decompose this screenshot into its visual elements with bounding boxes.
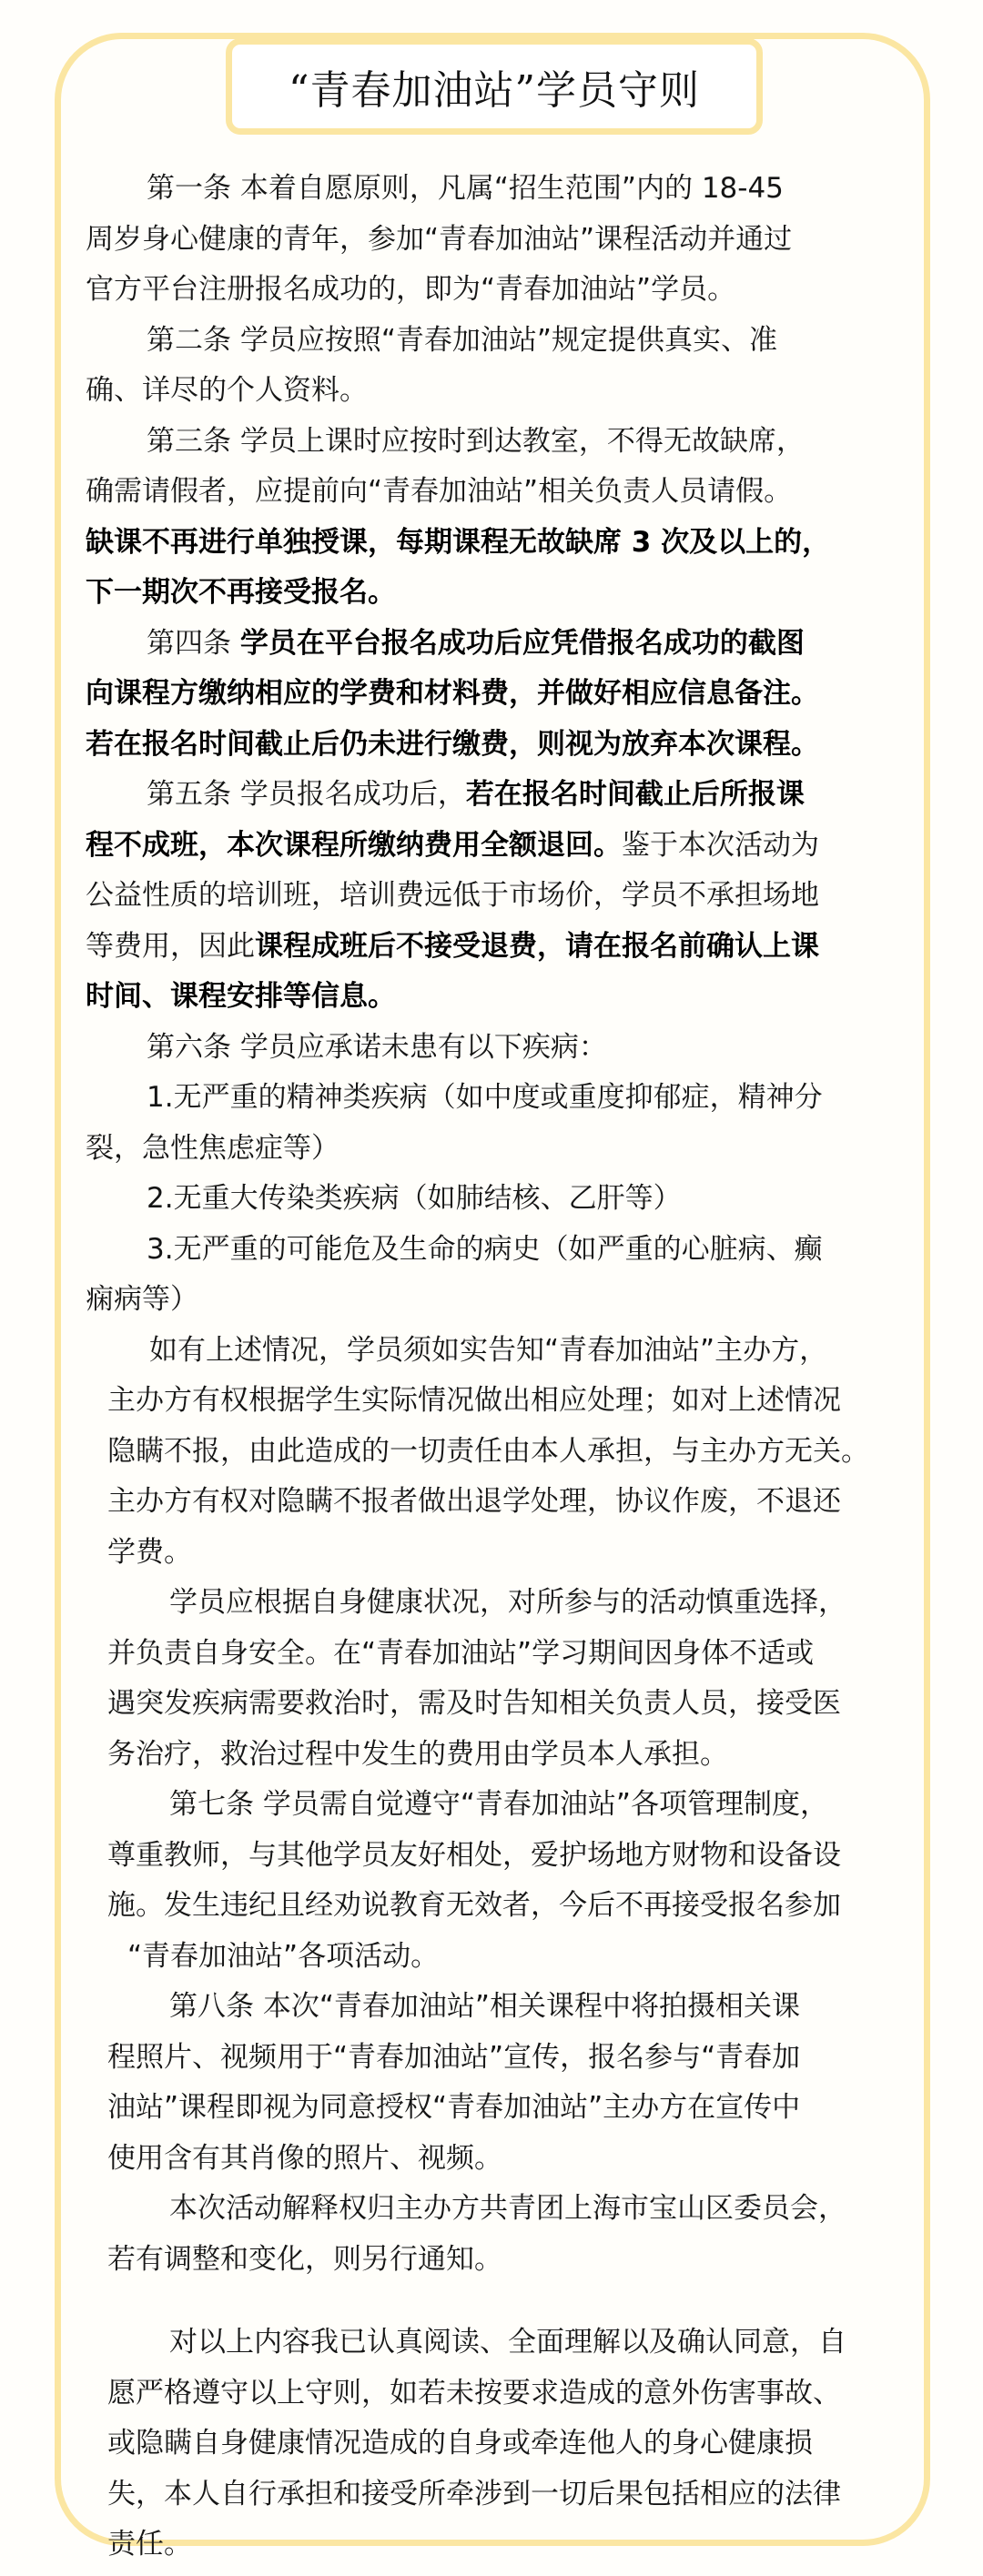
text-segment: 尊重教师，与其他学员友好相处，爱护场地方财物和设备设	[107, 1839, 841, 1872]
text-segment: 1.无严重的精神类疾病（如中度或重度抑郁症，精神分	[147, 1081, 823, 1114]
text-line: 若在报名时间截止后仍未进行缴费，则视为放弃本次课程。	[86, 719, 819, 770]
text-segment: 愿严格遵守以上守则，如若未按要求造成的意外伤害事故、	[107, 2377, 841, 2409]
text-line: 3.无严重的可能危及生命的病史（如严重的心脏病、癫	[147, 1224, 823, 1275]
text-line: 确需请假者，应提前向“青春加油站”相关负责人员请假。	[86, 466, 792, 517]
text-segment: 鉴于本次活动为	[622, 829, 819, 862]
text-line: 2.无重大传染类疾病（如肺结核、乙肝等）	[147, 1173, 682, 1224]
text-segment: 裂，急性焦虑症等）	[86, 1132, 339, 1165]
text-line: 等费用，因此课程成班后不接受退费，请在报名前确认上课	[86, 921, 819, 972]
text-segment: 本次活动解释权归主办方共青团上海市宝山区委员会，	[169, 2192, 846, 2225]
text-segment: 主办方有权根据学生实际情况做出相应处理；如对上述情况	[107, 1384, 841, 1417]
text-segment: 第四条	[147, 627, 240, 660]
text-line: 周岁身心健康的青年，参加“青春加油站”课程活动并通过	[86, 214, 792, 265]
text-line: 失，本人自行承担和接受所牵涉到一切后果包括相应的法律	[107, 2469, 841, 2520]
bold-text-segment: 学员在平台报名成功后应凭借报名成功的截图	[240, 627, 805, 660]
text-segment: 第五条 学员报名成功后，	[147, 778, 466, 811]
text-line: 务治疗，救治过程中发生的费用由学员本人承担。	[107, 1729, 728, 1780]
text-line: 1.无严重的精神类疾病（如中度或重度抑郁症，精神分	[147, 1072, 823, 1123]
text-line: 油站”课程即视为同意授权“青春加油站”主办方在宣传中	[107, 2082, 800, 2133]
text-segment: 第一条 本着自愿原则，凡属“招生范围”内的 18-45	[147, 172, 784, 205]
bold-text-segment: 若在报名时间截止后所报课	[466, 778, 805, 811]
text-line: 缺课不再进行单独授课，每期课程无故缺席 3 次及以上的，	[86, 517, 830, 568]
text-segment: 官方平台注册报名成功的，即为“青春加油站”学员。	[86, 273, 735, 306]
bold-text-segment: 时间、课程安排等信息。	[86, 980, 396, 1013]
text-segment: 确、详尽的个人资料。	[86, 374, 368, 407]
text-segment: 主办方有权对隐瞒不报者做出退学处理，协议作废，不退还	[107, 1485, 841, 1518]
text-line: 主办方有权对隐瞒不报者做出退学处理，协议作废，不退还	[107, 1476, 841, 1527]
text-line: 时间、课程安排等信息。	[86, 971, 396, 1022]
text-segment: 失，本人自行承担和接受所牵涉到一切后果包括相应的法律	[107, 2478, 841, 2510]
text-segment: 若有调整和变化，则另行通知。	[107, 2243, 502, 2276]
text-line: 如有上述情况，学员须如实告知“青春加油站”主办方，	[149, 1325, 827, 1376]
text-line: 施。发生违纪且经劝说教育无效者，今后不再接受报名参加	[107, 1880, 841, 1931]
text-line: 程照片、视频用于“青春加油站”宣传，报名参与“青春加	[107, 2032, 800, 2083]
text-line: 学员应根据自身健康状况，对所参与的活动慎重选择，	[169, 1577, 846, 1628]
text-segment: 责任。	[107, 2528, 192, 2561]
text-segment: 3.无严重的可能危及生命的病史（如严重的心脏病、癫	[147, 1233, 823, 1266]
text-segment: 第二条 学员应按照“青春加油站”规定提供真实、准	[147, 324, 777, 357]
text-line: 第一条 本着自愿原则，凡属“招生范围”内的 18-45	[147, 163, 784, 214]
bold-text-segment: 若在报名时间截止后仍未进行缴费，则视为放弃本次课程。	[86, 728, 819, 761]
text-segment: 遇突发疾病需要救治时，需及时告知相关负责人员，接受医	[107, 1687, 841, 1720]
text-segment: 第七条 学员需自觉遵守“青春加油站”各项管理制度，	[169, 1788, 828, 1821]
text-line: 使用含有其肖像的照片、视频。	[107, 2133, 502, 2184]
text-segment: 程照片、视频用于“青春加油站”宣传，报名参与“青春加	[107, 2041, 800, 2074]
text-line: 第三条 学员上课时应按时到达教室，不得无故缺席，	[147, 416, 805, 467]
text-line: 遇突发疾病需要救治时，需及时告知相关负责人员，接受医	[107, 1678, 841, 1729]
text-segment: 油站”课程即视为同意授权“青春加油站”主办方在宣传中	[107, 2091, 800, 2124]
text-line: 下一期次不再接受报名。	[86, 567, 396, 618]
bold-text-segment: 向课程方缴纳相应的学费和材料费，并做好相应信息备注。	[86, 677, 819, 710]
text-segment: 务治疗，救治过程中发生的费用由学员本人承担。	[107, 1738, 728, 1771]
text-line: 责任。	[107, 2519, 192, 2570]
text-segment: 对以上内容我已认真阅读、全面理解以及确认同意，自	[169, 2326, 846, 2359]
text-line: 愿严格遵守以上守则，如若未按要求造成的意外伤害事故、	[107, 2368, 841, 2419]
text-segment: 如有上述情况，学员须如实告知“青春加油站”主办方，	[149, 1334, 827, 1367]
text-line: 公益性质的培训班，培训费远低于市场价，学员不承担场地	[86, 870, 819, 921]
text-line: 主办方有权根据学生实际情况做出相应处理；如对上述情况	[107, 1375, 841, 1426]
text-line: 学费。	[107, 1527, 192, 1578]
text-line: 第四条 学员在平台报名成功后应凭借报名成功的截图	[147, 618, 805, 669]
text-line: “青春加油站”各项活动。	[127, 1931, 439, 1982]
text-line: 或隐瞒自身健康情况造成的自身或牵连他人的身心健康损	[107, 2418, 813, 2469]
text-line: 向课程方缴纳相应的学费和材料费，并做好相应信息备注。	[86, 668, 819, 719]
text-line: 隐瞒不报，由此造成的一切责任由本人承担，与主办方无关。	[107, 1426, 869, 1477]
text-line: 裂，急性焦虑症等）	[86, 1123, 339, 1174]
text-line: 并负责自身安全。在“青春加油站”学习期间因身体不适或	[107, 1628, 814, 1679]
bold-text-segment: 下一期次不再接受报名。	[86, 576, 396, 609]
text-segment: 并负责自身安全。在“青春加油站”学习期间因身体不适或	[107, 1637, 814, 1670]
text-line: 若有调整和变化，则另行通知。	[107, 2234, 502, 2285]
text-segment: 学员应根据自身健康状况，对所参与的活动慎重选择，	[169, 1586, 846, 1619]
text-line: 官方平台注册报名成功的，即为“青春加油站”学员。	[86, 264, 735, 315]
text-line: 第五条 学员报名成功后，若在报名时间截止后所报课	[147, 769, 805, 820]
text-segment: “青春加油站”各项活动。	[127, 1940, 439, 1973]
text-line: 第八条 本次“青春加油站”相关课程中将拍摄相关课	[169, 1981, 800, 2032]
text-segment: 第六条 学员应承诺未患有以下疾病：	[147, 1031, 607, 1064]
text-segment: 隐瞒不报，由此造成的一切责任由本人承担，与主办方无关。	[107, 1435, 869, 1468]
text-line: 痫病等）	[86, 1274, 198, 1325]
text-segment: 周岁身心健康的青年，参加“青春加油站”课程活动并通过	[86, 223, 792, 256]
text-line: 确、详尽的个人资料。	[86, 365, 368, 416]
text-segment: 第三条 学员上课时应按时到达教室，不得无故缺席，	[147, 425, 805, 458]
text-line: 第六条 学员应承诺未患有以下疾病：	[147, 1022, 607, 1073]
text-line: 第二条 学员应按照“青春加油站”规定提供真实、准	[147, 315, 777, 366]
text-line: 程不成班，本次课程所缴纳费用全额退回。鉴于本次活动为	[86, 820, 819, 871]
text-segment: 等费用，因此	[86, 930, 255, 963]
bold-text-segment: 程不成班，本次课程所缴纳费用全额退回。	[86, 829, 622, 862]
text-line: 本次活动解释权归主办方共青团上海市宝山区委员会，	[169, 2183, 846, 2234]
text-line: 尊重教师，与其他学员友好相处，爱护场地方财物和设备设	[107, 1830, 841, 1881]
bold-text-segment: 课程成班后不接受退费，请在报名前确认上课	[255, 930, 819, 963]
page-title: “青春加油站”学员守则	[289, 57, 700, 116]
text-segment: 第八条 本次“青春加油站”相关课程中将拍摄相关课	[169, 1990, 800, 2023]
text-segment: 痫病等）	[86, 1283, 198, 1316]
text-segment: 施。发生违纪且经劝说教育无效者，今后不再接受报名参加	[107, 1889, 841, 1922]
text-segment: 公益性质的培训班，培训费远低于市场价，学员不承担场地	[86, 879, 819, 912]
text-segment: 确需请假者，应提前向“青春加油站”相关负责人员请假。	[86, 475, 792, 508]
text-segment: 或隐瞒自身健康情况造成的自身或牵连他人的身心健康损	[107, 2427, 813, 2460]
text-segment: 学费。	[107, 1536, 192, 1569]
text-segment: 2.无重大传染类疾病（如肺结核、乙肝等）	[147, 1182, 682, 1215]
text-line: 第七条 学员需自觉遵守“青春加油站”各项管理制度，	[169, 1779, 828, 1830]
bold-text-segment: 缺课不再进行单独授课，每期课程无故缺席 3 次及以上的，	[86, 526, 830, 559]
title-box: “青春加油站”学员守则	[226, 38, 763, 135]
text-segment: 使用含有其肖像的照片、视频。	[107, 2142, 502, 2175]
text-line: 对以上内容我已认真阅读、全面理解以及确认同意，自	[169, 2317, 846, 2368]
